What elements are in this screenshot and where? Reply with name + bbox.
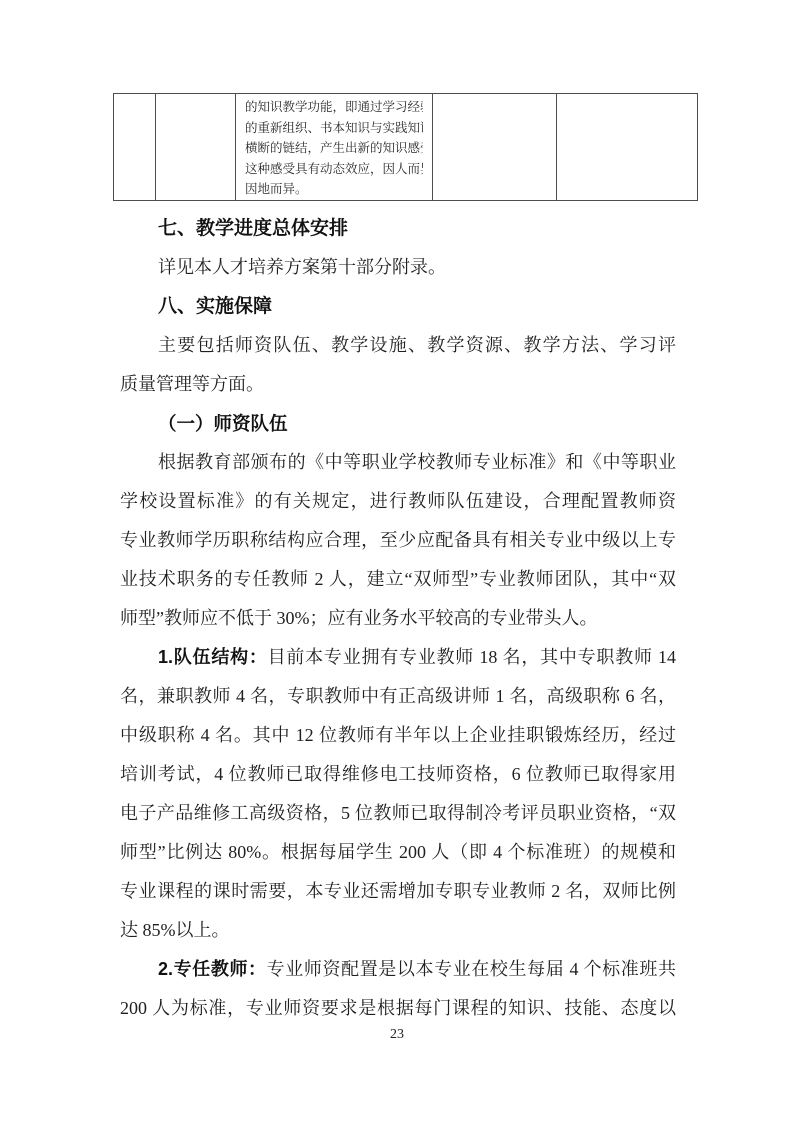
table-cell-text-line: 的重新组织、书本知识与实践知识 [245, 118, 423, 139]
body-line: 根据教育部颁布的《中等职业学校教师专业标准》和《中等职业 [120, 443, 676, 482]
table-cell-empty-1 [114, 94, 156, 201]
body-line: 电子产品维修工高级资格，5 位教师已取得制冷考评员职业资格，“双 [120, 794, 676, 833]
document-page: 的知识教学功能，即通过学习经验 的重新组织、书本知识与实践知识 横断的链结，产生… [0, 0, 794, 1122]
body-line: 学校设置标准》的有关规定，进行教师队伍建设，合理配置教师资源。 [120, 482, 676, 521]
body-line: 主要包括师资队伍、教学设施、教学资源、教学方法、学习评价、 [120, 326, 676, 365]
table-cell-text-line: 这种感受具有动态效应，因人而异、 [245, 159, 423, 180]
body-line: 质量管理等方面。 [120, 365, 676, 404]
page-number: 23 [0, 1025, 794, 1045]
heading-section-8: 八、实施保障 [120, 287, 676, 326]
table-cell-text-line: 横断的链结，产生出新的知识感受， [245, 138, 423, 159]
document-body: 七、教学进度总体安排 详见本人才培养方案第十部分附录。 八、实施保障 主要包括师… [120, 209, 676, 1028]
item-2-label: 2.专任教师： [158, 959, 267, 979]
body-line: 专业教师学历职称结构应合理，至少应配备具有相关专业中级以上专 [120, 521, 676, 560]
heading-section-7: 七、教学进度总体安排 [120, 209, 676, 248]
body-line: 培训考试，4 位教师已取得维修电工技师资格，6 位教师已取得家用 [120, 755, 676, 794]
table-row: 的知识教学功能，即通过学习经验 的重新组织、书本知识与实践知识 横断的链结，产生… [114, 94, 698, 201]
body-line: 中级职称 4 名。其中 12 位教师有半年以上企业挂职锻炼经历，经过 [120, 716, 676, 755]
body-line-item-2: 2.专任教师：专业师资配置是以本专业在校生每届 4 个标准班共 [120, 950, 676, 989]
table-cell-empty-2 [156, 94, 236, 201]
body-line: 师型”比例达 80%。根据每届学生 200 人（即 4 个标准班）的规模和 [120, 833, 676, 872]
table-cell-text: 的知识教学功能，即通过学习经验 的重新组织、书本知识与实践知识 横断的链结，产生… [236, 94, 433, 201]
body-line: 达 85%以上。 [120, 911, 676, 950]
subheading-teacher-team: （一）师资队伍 [120, 404, 676, 443]
body-line: 业技术职务的专任教师 2 人，建立“双师型”专业教师团队，其中“双 [120, 560, 676, 599]
table-cell-text-line: 的知识教学功能，即通过学习经验 [245, 97, 423, 118]
table-cell-empty-4 [557, 94, 698, 201]
item-1-text: 目前本专业拥有专业教师 18 名，其中专职教师 14 [268, 647, 676, 667]
body-line: 专业课程的课时需要，本专业还需增加专职专业教师 2 名，双师比例 [120, 872, 676, 911]
table-cell-text-line: 因地而异。 [245, 179, 423, 200]
item-1-label: 1.队伍结构： [158, 647, 268, 667]
body-line: 200 人为标准，专业师资要求是根据每门课程的知识、技能、态度以 [120, 989, 676, 1028]
body-line: 名，兼职教师 4 名，专职教师中有正高级讲师 1 名，高级职称 6 名， [120, 677, 676, 716]
body-line: 师型”教师应不低于 30%；应有业务水平较高的专业带头人。 [120, 599, 676, 638]
table-cell-empty-3 [433, 94, 557, 201]
body-line: 详见本人才培养方案第十部分附录。 [120, 248, 676, 287]
item-2-text: 专业师资配置是以本专业在校生每届 4 个标准班共 [267, 959, 676, 979]
body-line-item-1: 1.队伍结构：目前本专业拥有专业教师 18 名，其中专职教师 14 [120, 638, 676, 677]
table-fragment: 的知识教学功能，即通过学习经验 的重新组织、书本知识与实践知识 横断的链结，产生… [113, 93, 698, 201]
